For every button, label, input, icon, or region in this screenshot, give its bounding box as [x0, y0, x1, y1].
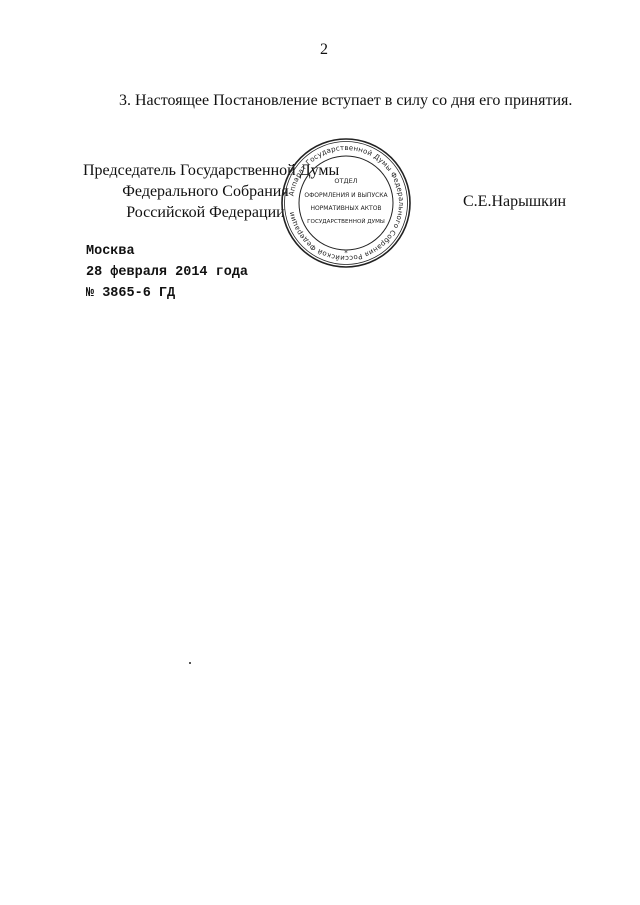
- date: 28 февраля 2014 года: [86, 262, 248, 283]
- place-date-block: Москва 28 февраля 2014 года № 3865-6 ГД: [86, 241, 248, 304]
- stamp-center-line: НОРМАТИВНЫХ АКТОВ: [310, 205, 381, 212]
- stamp-center-line: ОТДЕЛ: [334, 177, 357, 185]
- document-number: № 3865-6 ГД: [86, 283, 248, 304]
- clause-text: 3. Настоящее Постановление вступает в си…: [119, 92, 572, 110]
- scan-speck: [189, 662, 191, 664]
- official-stamp: Аппарат Государственной Думы Федеральног…: [280, 137, 412, 269]
- signer-name: С.Е.Нарышкин: [463, 193, 566, 211]
- svg-text:Аппарат Государственной Думы Ф: Аппарат Государственной Думы Федеральног…: [287, 144, 405, 262]
- page-number: 2: [0, 41, 640, 59]
- stamp-ring-text: Аппарат Государственной Думы Федеральног…: [287, 144, 405, 262]
- stamp-star-icon: *: [344, 249, 348, 257]
- stamp-center-line: ОФОРМЛЕНИЯ И ВЫПУСКА: [304, 192, 388, 199]
- place: Москва: [86, 241, 248, 262]
- stamp-seal-icon: Аппарат Государственной Думы Федеральног…: [280, 137, 412, 269]
- stamp-center-line: ГОСУДАРСТВЕННОЙ ДУМЫ: [307, 218, 385, 225]
